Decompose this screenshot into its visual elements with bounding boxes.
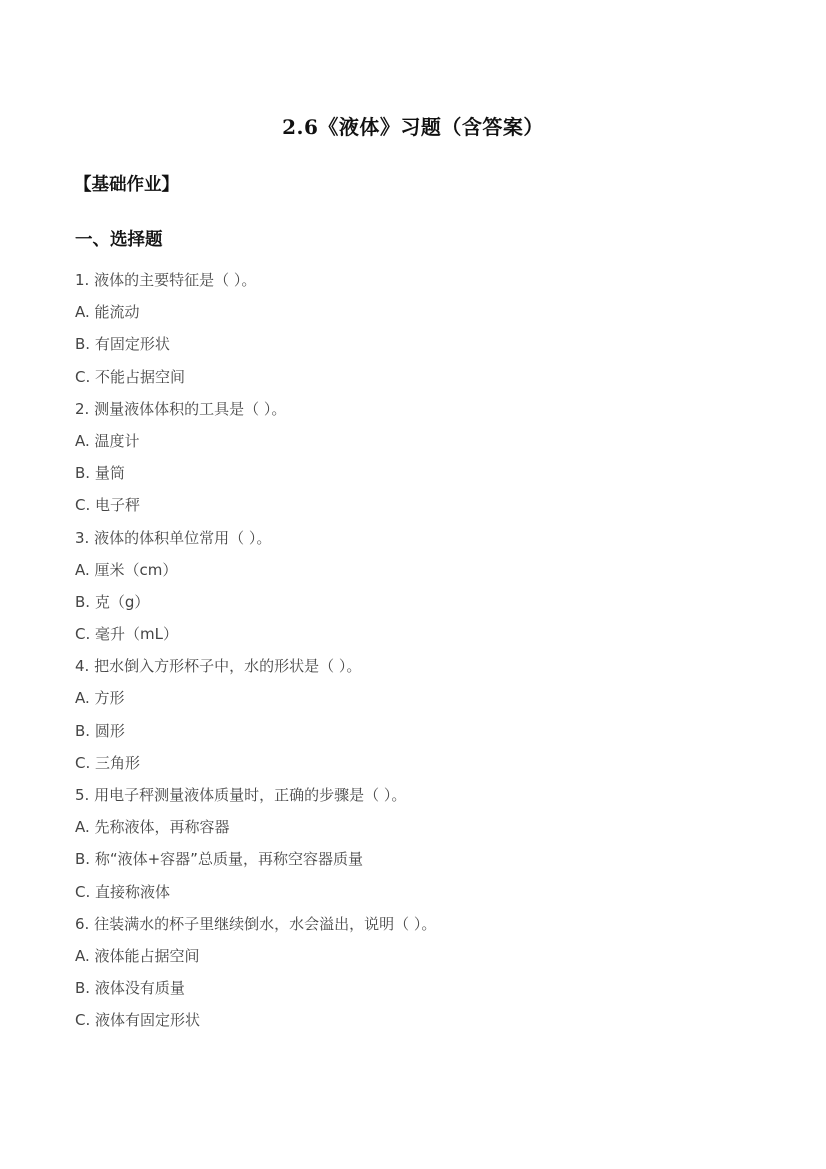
question-stem: 5. 用电子秤测量液体质量时，正确的步骤是（ ）。 bbox=[75, 783, 436, 815]
answer-option: B. 液体没有质量 bbox=[75, 976, 436, 1008]
answer-option: A. 能流动 bbox=[75, 300, 436, 332]
answer-option: A. 温度计 bbox=[75, 429, 436, 461]
question-stem: 2. 测量液体体积的工具是（ ）。 bbox=[75, 397, 436, 429]
answer-option: C. 电子秤 bbox=[75, 493, 436, 525]
answer-option: A. 先称液体，再称容器 bbox=[75, 815, 436, 847]
document-page: 2.6《液体》习题（含答案） 【基础作业】 一、选择题 1. 液体的主要特征是（… bbox=[0, 0, 826, 1169]
question-list: 1. 液体的主要特征是（ ）。 A. 能流动 B. 有固定形状 C. 不能占据空… bbox=[75, 268, 436, 1041]
question-stem: 4. 把水倒入方形杯子中，水的形状是（ ）。 bbox=[75, 654, 436, 686]
answer-option: A. 液体能占据空间 bbox=[75, 944, 436, 976]
question-stem: 6. 往装满水的杯子里继续倒水，水会溢出，说明（ ）。 bbox=[75, 912, 436, 944]
question-stem: 3. 液体的体积单位常用（ ）。 bbox=[75, 526, 436, 558]
answer-option: B. 有固定形状 bbox=[75, 332, 436, 364]
answer-option: B. 量筒 bbox=[75, 461, 436, 493]
answer-option: B. 克（g） bbox=[75, 590, 436, 622]
answer-option: C. 直接称液体 bbox=[75, 880, 436, 912]
answer-option: C. 不能占据空间 bbox=[75, 365, 436, 397]
question-stem: 1. 液体的主要特征是（ ）。 bbox=[75, 268, 436, 300]
section-heading-basic-homework: 【基础作业】 bbox=[74, 171, 179, 196]
answer-option: B. 圆形 bbox=[75, 719, 436, 751]
document-title: 2.6《液体》习题（含答案） bbox=[0, 111, 826, 140]
answer-option: A. 方形 bbox=[75, 686, 436, 718]
section-heading-multiple-choice: 一、选择题 bbox=[75, 226, 163, 251]
answer-option: C. 毫升（mL） bbox=[75, 622, 436, 654]
answer-option: A. 厘米（cm） bbox=[75, 558, 436, 590]
answer-option: B. 称“液体+容器”总质量，再称空容器质量 bbox=[75, 847, 436, 879]
answer-option: C. 三角形 bbox=[75, 751, 436, 783]
answer-option: C. 液体有固定形状 bbox=[75, 1008, 436, 1040]
